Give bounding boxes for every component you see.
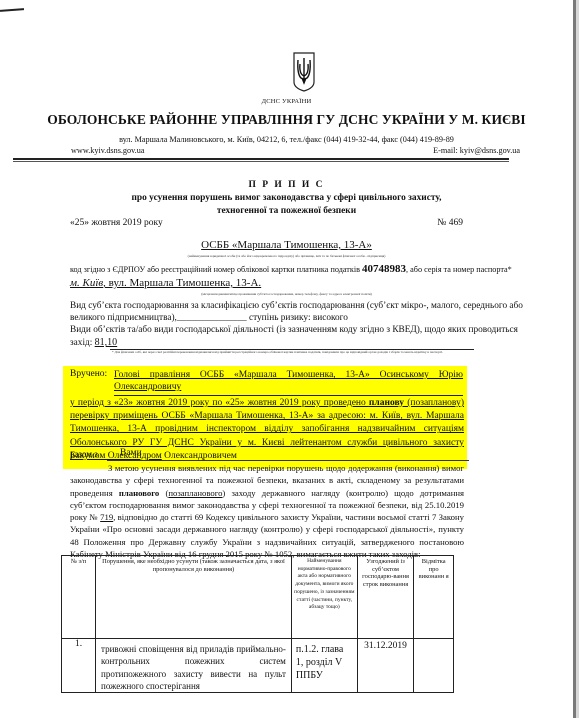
row-number: 1. xyxy=(62,639,96,693)
header-number: № з/п xyxy=(62,556,96,639)
table-header-row: № з/п Порушення, яке необхідно усунути (… xyxy=(62,556,454,639)
row-normative-act: п.1.2. глава 1, розділ V ППБУ xyxy=(291,639,357,693)
entity-code-line: код згідно з ЄДРПОУ або реєстраційний но… xyxy=(70,263,512,275)
header-divider-thin xyxy=(13,161,509,162)
location-street: , вул. Маршала Тимошенка, 13-А. xyxy=(103,277,261,289)
footnote: * Для фізичних осіб, які через свої релі… xyxy=(70,350,485,355)
entity-size-blank: _______________ xyxy=(177,313,247,323)
header-violation: Порушення, яке необхідно усунути (також … xyxy=(96,556,292,639)
edrpou-code: 40748983 xyxy=(362,263,406,275)
para-planned: планового xyxy=(119,488,159,498)
entity-name-note: (найменування юридичної особи (та або йо… xyxy=(0,254,573,258)
document-date: «25» жовтня 2019 року xyxy=(70,218,163,228)
act-number: 719 xyxy=(100,512,113,522)
entity-type-line2: великого підприємництва),_______________… xyxy=(70,313,348,323)
objects-line: Види об’єктів та/або види господарської … xyxy=(70,325,518,335)
trident-emblem-icon xyxy=(293,52,315,92)
row-violation: тривожні сповіщення від приладів приймал… xyxy=(96,639,292,693)
header-normative-act: Найменування нормативно-правового акта а… xyxy=(291,556,357,639)
entity-location-note: (місцезнаходження/місце проживання суб'є… xyxy=(0,292,573,296)
organization-address: вул. Маршала Малиновського, м. Київ, 042… xyxy=(0,135,573,144)
header-completion-mark: Відмітка про виконанн я xyxy=(414,556,454,639)
together-label: разом з xyxy=(70,449,98,459)
code-label: код згідно з ЄДРПОУ або реєстраційний но… xyxy=(70,265,362,274)
document-title: П Р И П И С xyxy=(0,180,573,190)
passport-label: , або серія та номер паспорта* xyxy=(406,265,512,274)
header-term: Узгоджений із суб’єктом господарю-вання … xyxy=(357,556,414,639)
document-number: № 469 xyxy=(437,218,463,228)
document-subtitle-line2: техногенної та пожежної безпеки xyxy=(0,206,573,216)
kved-code: 81,10 xyxy=(95,337,118,348)
website-link[interactable]: www.kyiv.dsns.gov.ua xyxy=(71,146,144,155)
location-city: м. Київ xyxy=(70,277,103,289)
recipient-underline xyxy=(114,395,463,396)
entity-type-line1: Вид суб’єкта господарювання за класифіка… xyxy=(70,301,523,311)
entity-location: м. Київ, вул. Маршала Тимошенка, 13-А. xyxy=(70,277,261,289)
para-unplanned: позапланового xyxy=(168,488,222,498)
service-caption: ДСНС УКРАЇНИ xyxy=(0,98,573,105)
row-term: 31.12.2019 xyxy=(357,639,414,693)
document-subtitle-line1: про усунення порушень вимог законодавств… xyxy=(0,193,573,203)
header-divider xyxy=(13,158,509,160)
document-page: ДСНС УКРАЇНИ ОБОЛОНСЬКЕ РАЙОННЕ УПРАВЛІН… xyxy=(0,0,573,718)
email-link[interactable]: E-mail: kyiv@dsns.gov.ua xyxy=(433,146,520,155)
delivered-recipient-line2: Олександровичу xyxy=(114,382,181,392)
delivered-label: Вручено: xyxy=(70,369,107,379)
together-underline xyxy=(107,460,469,461)
kved-line: захід: 81,10 xyxy=(70,337,117,348)
period-text: у період з «23» жовтня 2019 року по «25»… xyxy=(70,398,369,408)
risk-level: ступінь ризику: високого xyxy=(247,313,348,323)
together-value: Вами xyxy=(120,448,142,458)
requirements-table: № з/п Порушення, яке необхідно усунути (… xyxy=(61,555,454,693)
entity-name: ОСББ «Маршала Тимошенка, 13-А» xyxy=(0,239,573,251)
legal-basis-paragraph: З метою усунення виявлених під час перев… xyxy=(70,462,464,560)
table-row: 1. тривожні сповіщення від приладів прий… xyxy=(62,639,454,693)
entity-size-label: великого підприємництва), xyxy=(70,313,177,323)
delivered-recipient-line1: Голові правління ОСББ «Маршала Тимошенка… xyxy=(114,369,463,382)
organization-title: ОБОЛОНСЬКЕ РАЙОННЕ УПРАВЛІННЯ ГУ ДСНС УК… xyxy=(0,112,573,128)
row-completion-mark xyxy=(414,639,454,693)
para-text-b: ( xyxy=(159,488,168,498)
para-text-d: , відповідно до статті 69 Кодексу цивіль… xyxy=(70,512,464,559)
kved-label: захід: xyxy=(70,338,95,348)
pen-stroke-mark xyxy=(0,8,24,12)
planned-label: планову xyxy=(369,398,404,408)
